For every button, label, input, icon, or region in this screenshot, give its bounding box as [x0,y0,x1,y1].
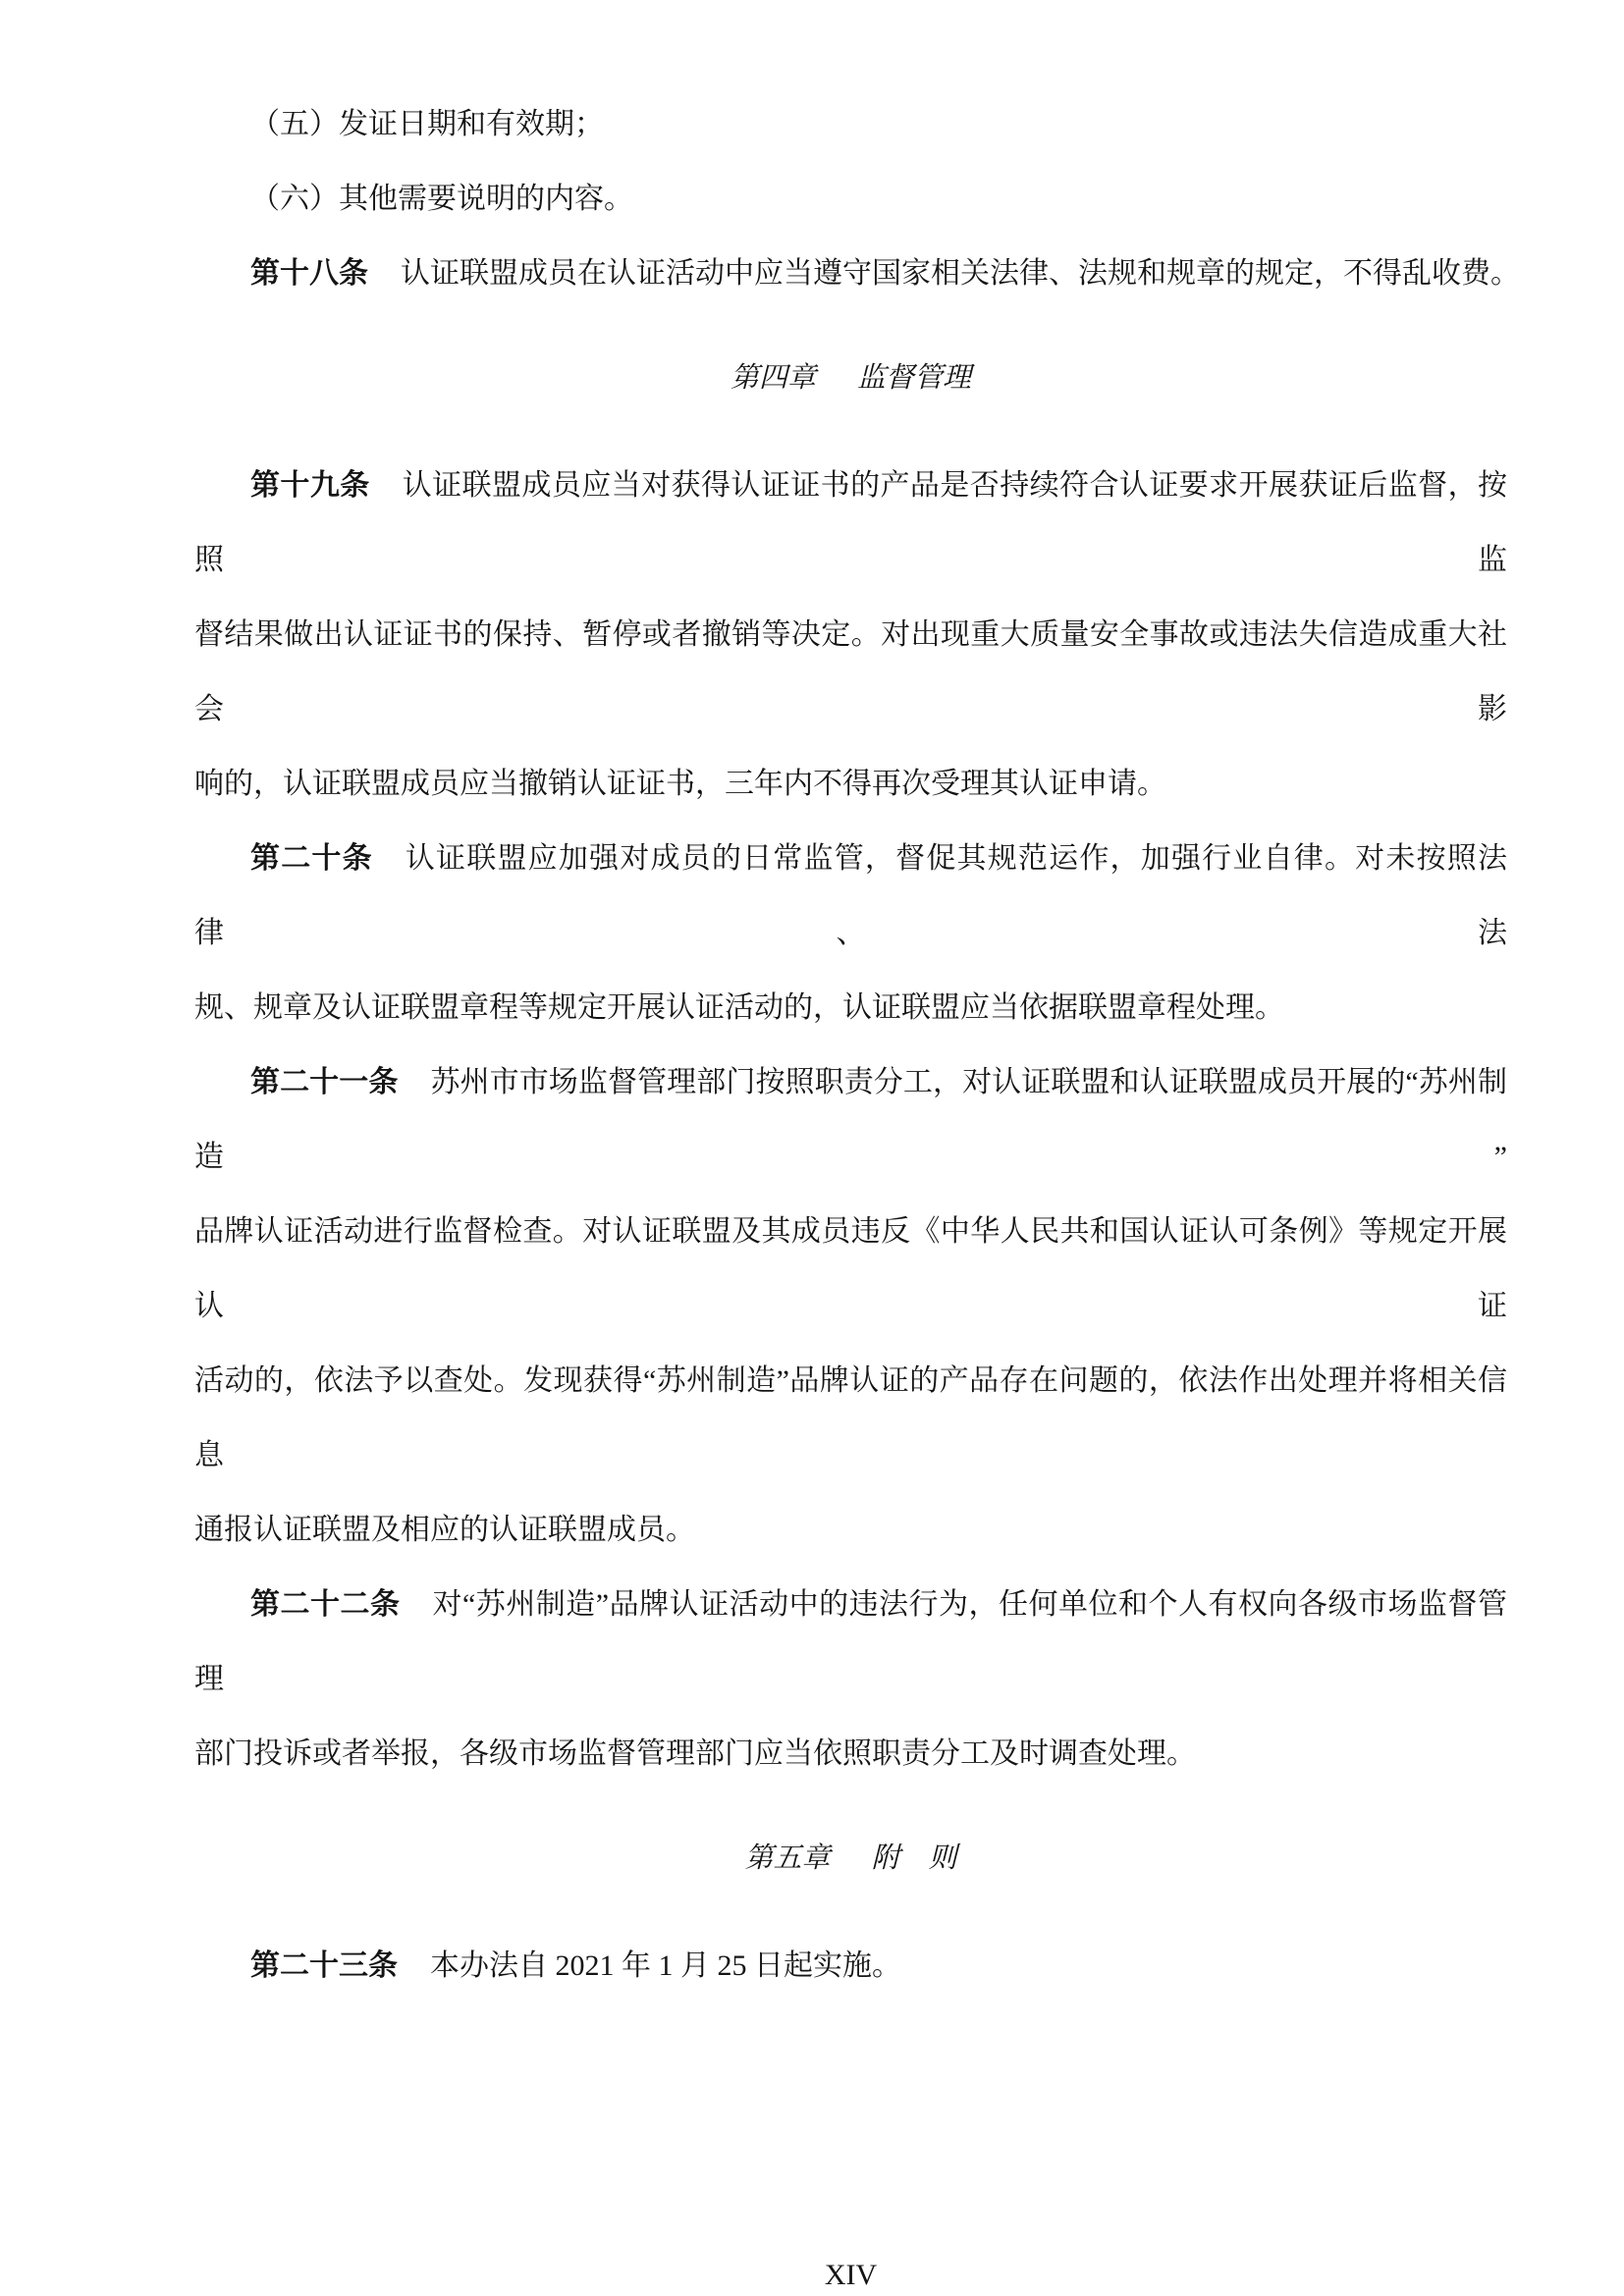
article-number-label: 第十八条 [250,257,368,290]
text-line: （五）发证日期和有效期； [194,87,1507,162]
line-text: 通报认证联盟及相应的认证联盟成员。 [194,1514,695,1546]
paragraph: 第二十条认证联盟应加强对成员的日常监管，督促其规范运作，加强行业自律。对未按照法… [194,822,1507,1045]
text-line: 第二十三条本办法自 2021 年 1 月 25 日起实施。 [194,1929,1507,2003]
text-line: 通报认证联盟及相应的认证联盟成员。 [194,1493,1507,1568]
chapter-number: 第五章 [744,1842,830,1874]
line-text: 响的，认证联盟成员应当撤销认证证书，三年内不得再次受理其认证申请。 [194,768,1166,800]
text-line: 响的，认证联盟成员应当撤销认证证书，三年内不得再次受理其认证申请。 [194,747,1507,822]
line-text: （五）发证日期和有效期； [250,108,604,140]
chapter-title: 监督管理 [857,362,971,394]
text-line: （六）其他需要说明的内容。 [194,162,1507,237]
paragraph: （六）其他需要说明的内容。 [194,162,1507,237]
paragraph: 第二十二条对“苏州制造”品牌认证活动中的违法行为，任何单位和个人有权向各级市场监… [194,1568,1507,1791]
line-text: （六）其他需要说明的内容。 [250,183,633,215]
article-number-label: 第二十二条 [250,1588,400,1621]
document-page: （五）发证日期和有效期；（六）其他需要说明的内容。第十八条认证联盟成员在认证活动… [0,0,1624,2296]
chapter-number: 第四章 [731,362,816,394]
document-content: （五）发证日期和有效期；（六）其他需要说明的内容。第十八条认证联盟成员在认证活动… [194,87,1507,2003]
text-line: 第二十一条苏州市市场监督管理部门按照职责分工，对认证联盟和认证联盟成员开展的“苏… [194,1045,1507,1195]
paragraph: 第十九条认证联盟成员应当对获得认证证书的产品是否持续符合认证要求开展获证后监督，… [194,449,1507,822]
line-text: 本办法自 2021 年 1 月 25 日起实施。 [430,1949,901,1982]
line-text: 活动的，依法予以查处。发现获得“苏州制造”品牌认证的产品存在问题的，依法作出处理… [194,1364,1507,1471]
article-number-label: 第二十条 [250,842,373,875]
page-number-footer: XIV [194,2258,1507,2293]
article-number-label: 第二十三条 [250,1949,398,1982]
chapter-title: 附 则 [872,1842,957,1874]
text-line: 督结果做出认证证书的保持、暂停或者撤销等决定。对出现重大质量安全事故或违法失信造… [194,598,1507,747]
text-line: 第二十二条对“苏州制造”品牌认证活动中的违法行为，任何单位和个人有权向各级市场监… [194,1568,1507,1717]
paragraph: 第二十一条苏州市市场监督管理部门按照职责分工，对认证联盟和认证联盟成员开展的“苏… [194,1045,1507,1568]
text-line: 第十八条认证联盟成员在认证活动中应当遵守国家相关法律、法规和规章的规定，不得乱收… [194,237,1507,311]
text-line: 第二十条认证联盟应加强对成员的日常监管，督促其规范运作，加强行业自律。对未按照法… [194,822,1507,971]
text-line: 活动的，依法予以查处。发现获得“苏州制造”品牌认证的产品存在问题的，依法作出处理… [194,1344,1507,1493]
line-text: 认证联盟成员应当对获得认证证书的产品是否持续符合认证要求开展获证后监督，按照监 [194,469,1507,576]
chapter-heading: 第五章附 则 [194,1821,1507,1896]
paragraph: 第十八条认证联盟成员在认证活动中应当遵守国家相关法律、法规和规章的规定，不得乱收… [194,237,1507,311]
text-line: 规、规章及认证联盟章程等规定开展认证活动的，认证联盟应当依据联盟章程处理。 [194,971,1507,1045]
paragraph: 第二十三条本办法自 2021 年 1 月 25 日起实施。 [194,1929,1507,2003]
line-text: 认证联盟应加强对成员的日常监管，督促其规范运作，加强行业自律。对未按照法律、法 [194,842,1507,949]
line-text: 品牌认证活动进行监督检查。对认证联盟及其成员违反《中华人民共和国认证认可条例》等… [194,1215,1507,1322]
line-text: 规、规章及认证联盟章程等规定开展认证活动的，认证联盟应当依据联盟章程处理。 [194,991,1284,1024]
chapter-heading: 第四章监督管理 [194,341,1507,415]
line-text: 认证联盟成员在认证活动中应当遵守国家相关法律、法规和规章的规定，不得乱收费。 [401,257,1520,290]
article-number-label: 第十九条 [250,469,370,502]
line-text: 部门投诉或者举报，各级市场监督管理部门应当依照职责分工及时调查处理。 [194,1737,1196,1770]
article-number-label: 第二十一条 [250,1066,398,1098]
text-line: 品牌认证活动进行监督检查。对认证联盟及其成员违反《中华人民共和国认证认可条例》等… [194,1195,1507,1344]
paragraph: （五）发证日期和有效期； [194,87,1507,162]
text-line: 第十九条认证联盟成员应当对获得认证证书的产品是否持续符合认证要求开展获证后监督，… [194,449,1507,598]
line-text: 督结果做出认证证书的保持、暂停或者撤销等决定。对出现重大质量安全事故或违法失信造… [194,618,1507,725]
text-line: 部门投诉或者举报，各级市场监督管理部门应当依照职责分工及时调查处理。 [194,1717,1507,1791]
